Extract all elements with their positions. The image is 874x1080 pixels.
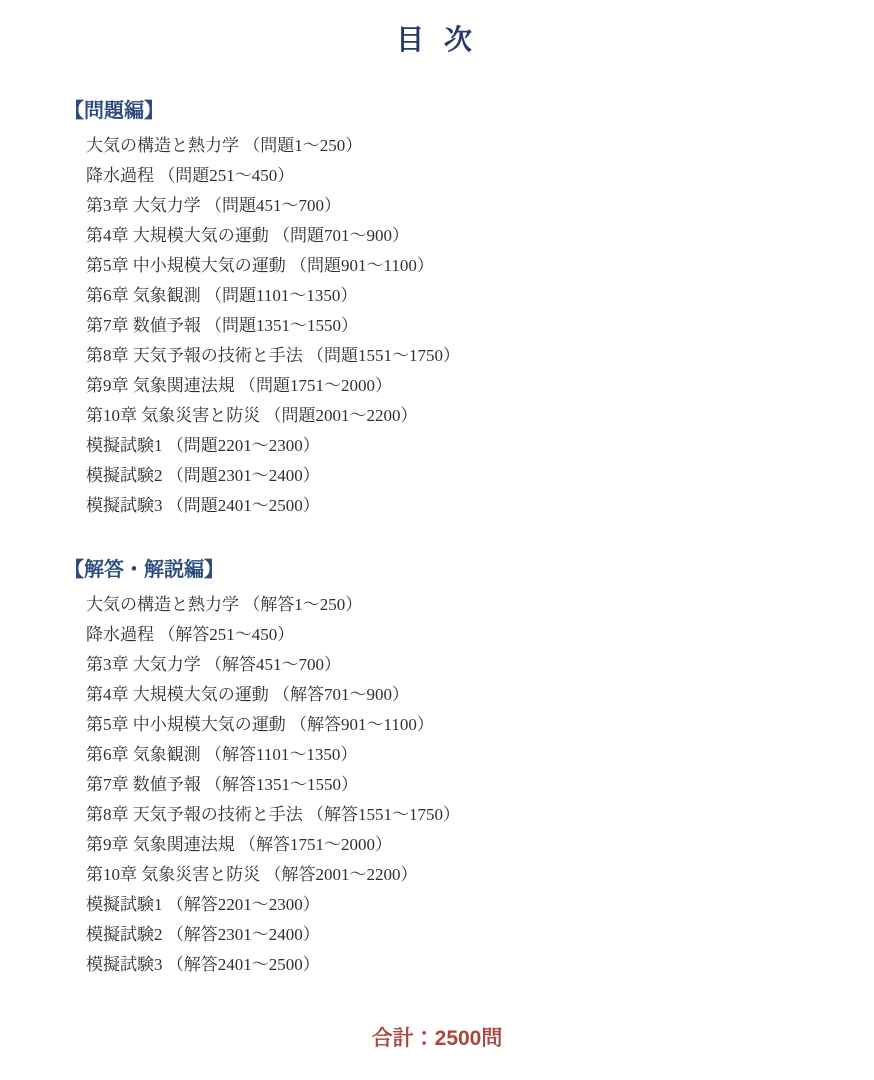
toc-item: 大気の構造と熱力学 （問題1～250） [86, 131, 874, 161]
toc-item: 第9章 気象関連法規 （問題1751～2000） [86, 371, 874, 401]
toc-item: 模擬試験1 （問題2201～2300） [86, 431, 874, 461]
section-heading-problems: 【問題編】 [64, 94, 874, 123]
section-answers: 【解答・解説編】 大気の構造と熱力学 （解答1～250） 降水過程 （解答251… [0, 553, 874, 980]
toc-item: 第6章 気象観測 （解答1101～1350） [86, 740, 874, 770]
toc-item: 第7章 数値予報 （解答1351～1550） [86, 770, 874, 800]
total-count: 合計：2500問 [0, 1022, 874, 1052]
toc-list-problems: 大気の構造と熱力学 （問題1～250） 降水過程 （問題251～450） 第3章… [0, 131, 874, 521]
toc-page: 目 次 【問題編】 大気の構造と熱力学 （問題1～250） 降水過程 （問題25… [0, 0, 874, 1080]
toc-item: 模擬試験2 （問題2301～2400） [86, 461, 874, 491]
toc-item: 第10章 気象災害と防災 （問題2001～2200） [86, 401, 874, 431]
toc-item: 第3章 大気力学 （解答451～700） [86, 650, 874, 680]
toc-item: 第7章 数値予報 （問題1351～1550） [86, 311, 874, 341]
page-title: 目 次 [0, 18, 874, 58]
toc-item: 第8章 天気予報の技術と手法 （解答1551～1750） [86, 800, 874, 830]
toc-list-answers: 大気の構造と熱力学 （解答1～250） 降水過程 （解答251～450） 第3章… [0, 590, 874, 980]
toc-item: 第9章 気象関連法規 （解答1751～2000） [86, 830, 874, 860]
toc-item: 第4章 大規模大気の運動 （解答701～900） [86, 680, 874, 710]
toc-item: 模擬試験1 （解答2201～2300） [86, 890, 874, 920]
toc-item: 第8章 天気予報の技術と手法 （問題1551～1750） [86, 341, 874, 371]
toc-item: 第6章 気象観測 （問題1101～1350） [86, 281, 874, 311]
toc-item: 第10章 気象災害と防災 （解答2001～2200） [86, 860, 874, 890]
toc-item: 第3章 大気力学 （問題451～700） [86, 191, 874, 221]
toc-item: 模擬試験3 （問題2401～2500） [86, 491, 874, 521]
section-heading-answers: 【解答・解説編】 [64, 553, 874, 582]
toc-item: 降水過程 （問題251～450） [86, 161, 874, 191]
toc-item: 大気の構造と熱力学 （解答1～250） [86, 590, 874, 620]
toc-item: 模擬試験3 （解答2401～2500） [86, 950, 874, 980]
toc-item: 第5章 中小規模大気の運動 （問題901～1100） [86, 251, 874, 281]
toc-item: 第5章 中小規模大気の運動 （解答901～1100） [86, 710, 874, 740]
toc-item: 第4章 大規模大気の運動 （問題701～900） [86, 221, 874, 251]
toc-item: 模擬試験2 （解答2301～2400） [86, 920, 874, 950]
section-problems: 【問題編】 大気の構造と熱力学 （問題1～250） 降水過程 （問題251～45… [0, 94, 874, 521]
toc-item: 降水過程 （解答251～450） [86, 620, 874, 650]
